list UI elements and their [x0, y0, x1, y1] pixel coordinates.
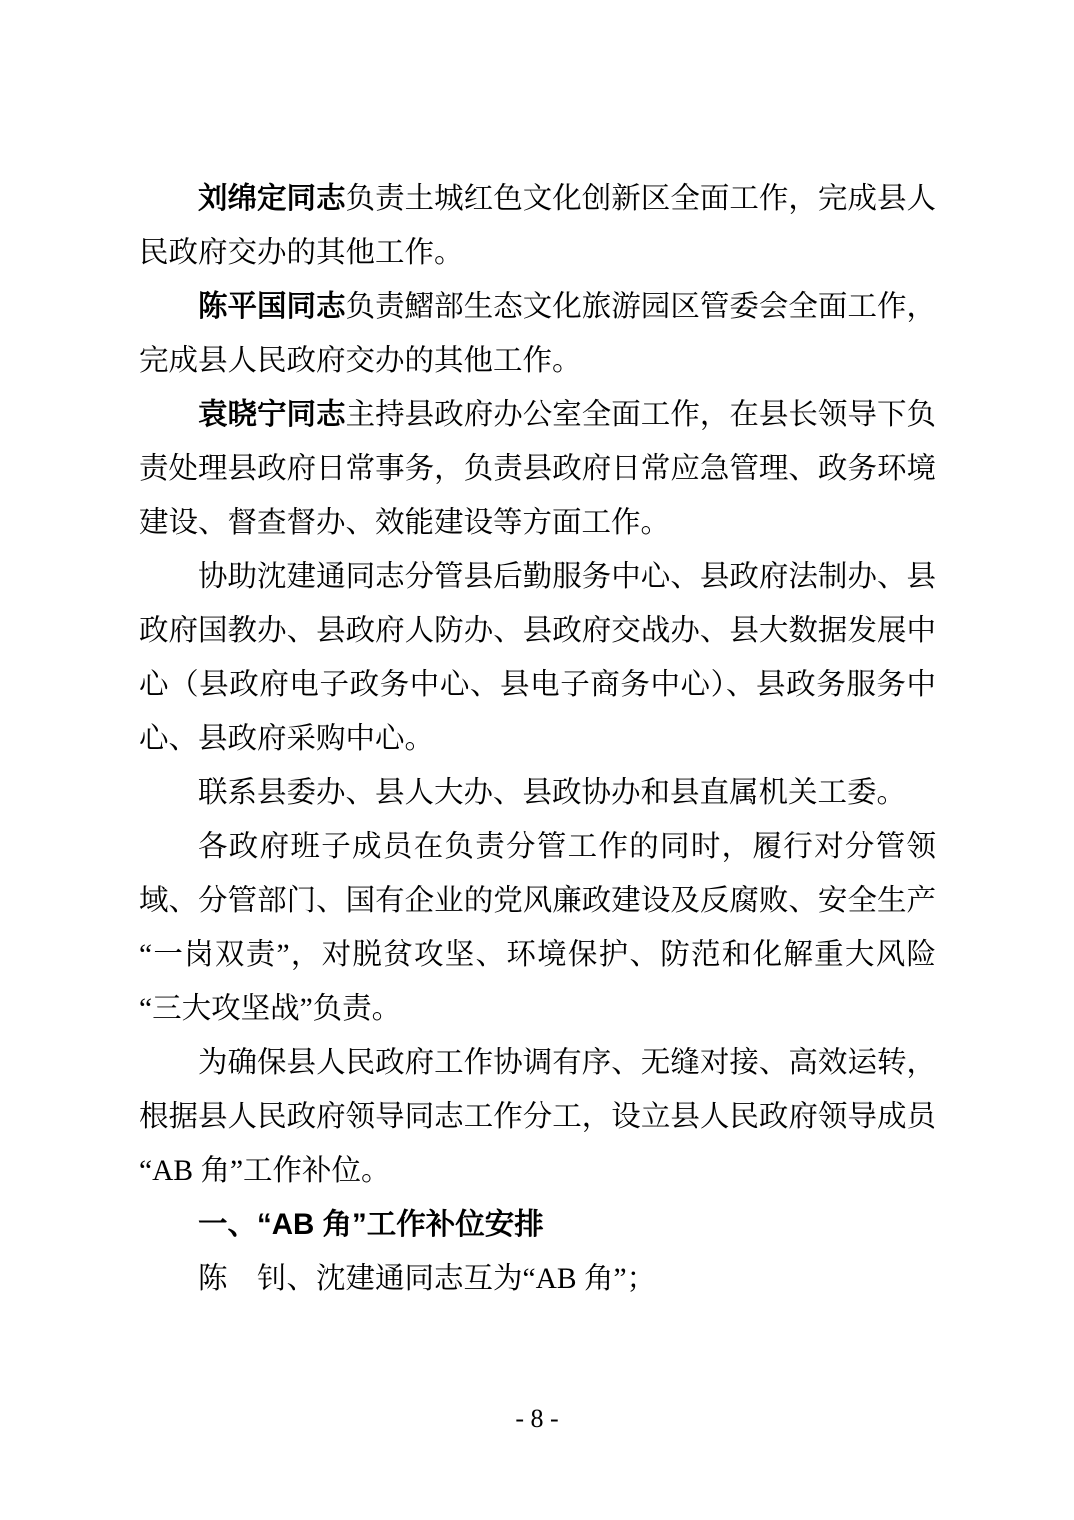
paragraph: 协助沈建通同志分管县后勤服务中心、县政府法制办、县政府国教办、县政府人防办、县政…	[139, 550, 936, 766]
paragraph: 为确保县人民政府工作协调有序、无缝对接、高效运转，根据县人民政府领导同志工作分工…	[139, 1036, 936, 1198]
paragraph: 陈平国同志负责鰼部生态文化旅游园区管委会全面工作，完成县人民政府交办的其他工作。	[139, 280, 936, 388]
paragraph: 各政府班子成员在负责分管工作的同时，履行对分管领域、分管部门、国有企业的党风廉政…	[139, 820, 936, 1036]
paragraph: 陈 钊、沈建通同志互为“AB 角”；	[139, 1252, 936, 1306]
document-page: 刘绵定同志负责土城红色文化创新区全面工作，完成县人民政府交办的其他工作。陈平国同…	[0, 0, 1074, 1520]
document-body: 刘绵定同志负责土城红色文化创新区全面工作，完成县人民政府交办的其他工作。陈平国同…	[139, 172, 936, 1306]
paragraph: 袁晓宁同志主持县政府办公室全面工作，在县长领导下负责处理县政府日常事务，负责县政…	[139, 388, 936, 550]
paragraph-text: 为确保县人民政府工作协调有序、无缝对接、高效运转，根据县人民政府领导同志工作分工…	[139, 1047, 936, 1187]
paragraph-text: 一、“AB 角”工作补位安排	[198, 1208, 544, 1241]
section-heading: 一、“AB 角”工作补位安排	[139, 1198, 936, 1252]
paragraph: 联系县委办、县人大办、县政协办和县直属机关工委。	[139, 766, 936, 820]
paragraph-text: 联系县委办、县人大办、县政协办和县直属机关工委。	[198, 777, 906, 809]
paragraph-text: 各政府班子成员在负责分管工作的同时，履行对分管领域、分管部门、国有企业的党风廉政…	[139, 831, 936, 1025]
paragraph-text: 协助沈建通同志分管县后勤服务中心、县政府法制办、县政府国教办、县政府人防办、县政…	[139, 561, 936, 755]
page-footer: - 8 -	[0, 1404, 1074, 1434]
paragraph: 刘绵定同志负责土城红色文化创新区全面工作，完成县人民政府交办的其他工作。	[139, 172, 936, 280]
page-number: - 8 -	[515, 1404, 558, 1433]
leader-name: 陈平国同志	[198, 290, 346, 323]
leader-name: 刘绵定同志	[198, 182, 346, 215]
leader-name: 袁晓宁同志	[198, 398, 346, 431]
paragraph-text: 陈 钊、沈建通同志互为“AB 角”；	[198, 1263, 656, 1295]
